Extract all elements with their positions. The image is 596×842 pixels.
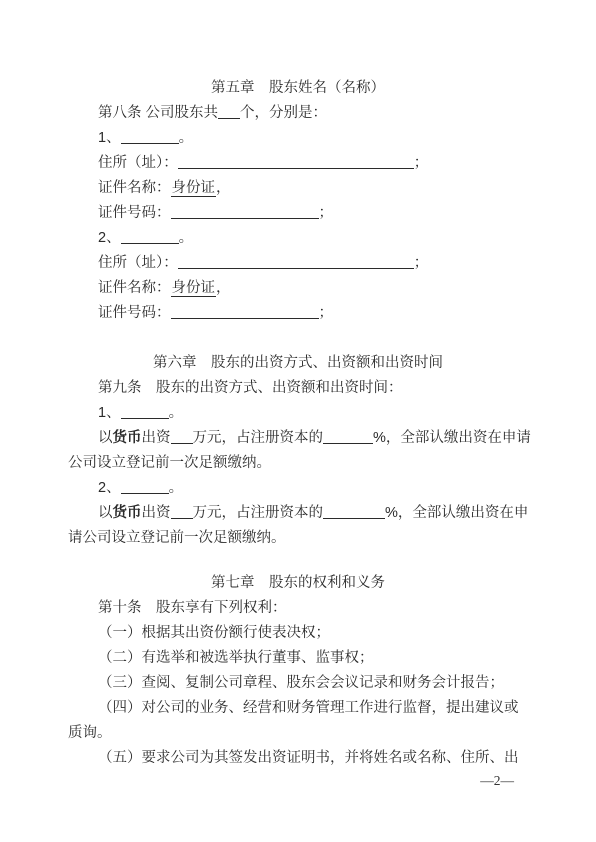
- text-run: ；: [414, 255, 429, 271]
- text-run: %，全部认缴出资在申请: [373, 430, 531, 446]
- shareholder-2-id-number-line: 证件号码：；: [68, 301, 528, 326]
- fill-in-blank: [323, 503, 385, 519]
- text-run: 。: [169, 480, 184, 496]
- fill-in-blank: [171, 503, 193, 519]
- text-run: 个，分别是：: [240, 105, 327, 121]
- contribution-1-detail-wrap-line: 公司设立登记前一次足额缴纳。: [68, 451, 528, 476]
- shareholder-1-name-line: 1、。: [68, 126, 528, 151]
- text-run: 公司设立登记前一次足额缴纳。: [68, 455, 271, 471]
- text-run: 证件名称：: [98, 180, 171, 196]
- contribution-2-detail-wrap-line: 请公司设立登记前一次足额缴纳。: [68, 526, 528, 551]
- fill-in-blank: [178, 253, 414, 269]
- text-run: 证件号码：: [98, 305, 171, 321]
- text-run: 货币: [113, 505, 142, 521]
- fill-in-blank: [323, 428, 373, 444]
- text-run: ；: [319, 205, 334, 221]
- text-run: 质询。: [68, 725, 112, 741]
- text-run: 住所（址）：: [98, 255, 178, 271]
- text-run: 2、: [98, 230, 121, 246]
- text-run: 第九条 股东的出资方式、出资额和出资时间：: [98, 380, 403, 396]
- text-run: （四）对公司的业务、经营和财务管理工作进行监督，提出建议或: [98, 700, 519, 716]
- text-run: 证件号码：: [98, 205, 171, 221]
- shareholder-1-id-number-line: 证件号码：；: [68, 201, 528, 226]
- text-run: 住所（址）：: [98, 155, 178, 171]
- text-run: 出资: [142, 505, 171, 521]
- filled-value: 身份证: [171, 180, 217, 197]
- right-item-2: （二）有选举和被选举执行董事、监事权；: [68, 646, 528, 671]
- text-run: 。: [169, 405, 184, 421]
- text-run: 万元，占注册资本的: [193, 505, 324, 521]
- text-run: 出资: [142, 430, 171, 446]
- text-run: 。: [179, 130, 194, 146]
- fill-in-blank: [171, 303, 319, 319]
- text-run: （一）根据其出资份额行使表决权；: [98, 625, 330, 641]
- document-page: 第五章 股东姓名（名称）第八条 公司股东共个，分别是：1、。住所（址）：；证件名…: [0, 0, 596, 842]
- text-run: （五）要求公司为其签发出资证明书，并将姓名或名称、住所、出: [98, 750, 519, 766]
- contribution-2-detail-line: 以货币出资万元，占注册资本的%，全部认缴出资在申: [68, 501, 528, 526]
- text-run: 1、: [98, 405, 121, 421]
- fill-in-blank: [178, 153, 414, 169]
- text-run: 第八条 公司股东共: [98, 105, 218, 121]
- contribution-2-name-line: 2、。: [68, 476, 528, 501]
- filled-value: 身份证: [171, 280, 217, 297]
- fill-in-blank: [218, 103, 240, 119]
- chapter-6-heading: 第六章 股东的出资方式、出资额和出资时间: [68, 351, 528, 376]
- text-run: 2、: [98, 480, 121, 496]
- page-number: —2—: [480, 773, 514, 789]
- text-run: 以: [98, 430, 113, 446]
- text-run: （二）有选举和被选举执行董事、监事权；: [98, 650, 374, 666]
- right-item-4: （四）对公司的业务、经营和财务管理工作进行监督，提出建议或: [68, 696, 528, 721]
- shareholder-1-id-type-line: 证件名称：身份证，: [68, 176, 528, 201]
- text-run: 第六章 股东的出资方式、出资额和出资时间: [153, 355, 443, 371]
- article-10-line: 第十条 股东享有下列权利：: [68, 596, 528, 621]
- fill-in-blank: [121, 403, 169, 419]
- fill-in-blank: [171, 203, 319, 219]
- right-item-3: （三）查阅、复制公司章程、股东会会议记录和财务会计报告；: [68, 671, 528, 696]
- text-run: 请公司设立登记前一次足额缴纳。: [68, 530, 286, 546]
- text-run: （三）查阅、复制公司章程、股东会会议记录和财务会计报告；: [98, 675, 504, 691]
- text-run: 万元，占注册资本的: [193, 430, 324, 446]
- section-spacer: [68, 326, 528, 351]
- text-run: 货币: [113, 430, 142, 446]
- text-run: 第五章 股东姓名（名称）: [211, 80, 385, 96]
- section-spacer: [68, 551, 528, 571]
- chapter-7-heading: 第七章 股东的权利和义务: [68, 571, 528, 596]
- chapter-5-heading: 第五章 股东姓名（名称）: [68, 76, 528, 101]
- shareholder-2-id-type-line: 证件名称：身份证，: [68, 276, 528, 301]
- document-content: 第五章 股东姓名（名称）第八条 公司股东共个，分别是：1、。住所（址）：；证件名…: [68, 76, 528, 771]
- fill-in-blank: [171, 428, 193, 444]
- text-run: ；: [319, 305, 334, 321]
- contribution-1-name-line: 1、。: [68, 401, 528, 426]
- fill-in-blank: [121, 128, 179, 144]
- text-run: 1、: [98, 130, 121, 146]
- fill-in-blank: [121, 478, 169, 494]
- article-9-line: 第九条 股东的出资方式、出资额和出资时间：: [68, 376, 528, 401]
- right-item-4-wrap-line: 质询。: [68, 721, 528, 746]
- text-run: 以: [98, 505, 113, 521]
- text-run: ，: [216, 280, 231, 296]
- text-run: ；: [414, 155, 429, 171]
- text-run: 第十条 股东享有下列权利：: [98, 600, 287, 616]
- shareholder-1-address-line: 住所（址）：；: [68, 151, 528, 176]
- right-item-1: （一）根据其出资份额行使表决权；: [68, 621, 528, 646]
- text-run: ，: [216, 180, 231, 196]
- contribution-1-detail-line: 以货币出资万元，占注册资本的%，全部认缴出资在申请: [68, 426, 528, 451]
- shareholder-2-address-line: 住所（址）：；: [68, 251, 528, 276]
- text-run: %，全部认缴出资在申: [385, 505, 528, 521]
- fill-in-blank: [121, 228, 179, 244]
- text-run: 。: [179, 230, 194, 246]
- text-run: 第七章 股东的权利和义务: [211, 575, 385, 591]
- shareholder-2-name-line: 2、。: [68, 226, 528, 251]
- article-8-line: 第八条 公司股东共个，分别是：: [68, 101, 528, 126]
- text-run: 证件名称：: [98, 280, 171, 296]
- right-item-5: （五）要求公司为其签发出资证明书，并将姓名或名称、住所、出: [68, 746, 528, 771]
